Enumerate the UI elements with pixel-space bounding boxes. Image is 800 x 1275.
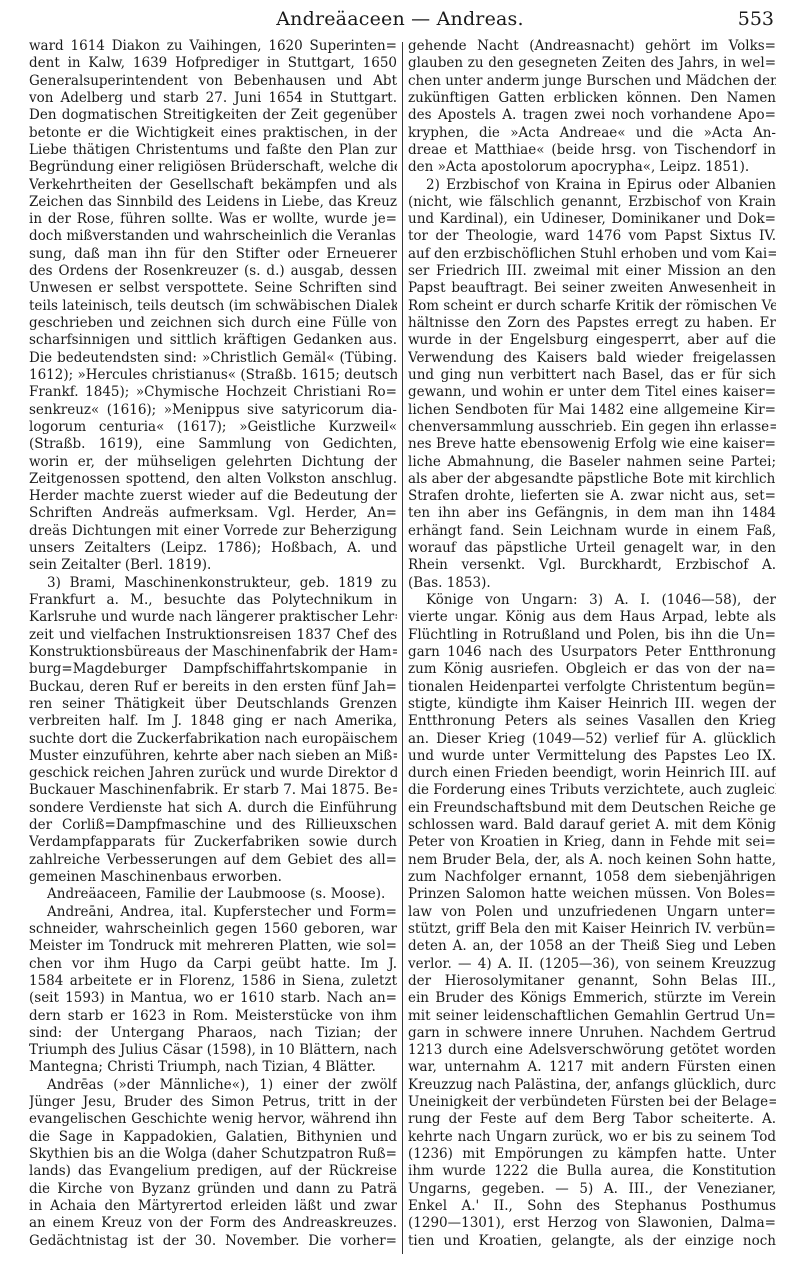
text-line: die Sage in Kappadokien, Galatien, Bithy… <box>29 1129 397 1146</box>
text-line: betonte er die Wichtigkeit eines praktis… <box>29 125 397 142</box>
text-line: lands) das Evangelium predigen, auf der … <box>29 1163 397 1180</box>
text-line: an. Dieser Krieg (1049—52) verlief für A… <box>408 731 776 748</box>
text-line: garn in schwere innere Unruhen. Nachdem … <box>408 1025 776 1042</box>
text-line: tien und Kroatien, gelangte, als der ein… <box>408 1233 776 1250</box>
text-line: senkreuz« (1616); »Menippus sive satyric… <box>29 402 397 419</box>
text-line: unsers Zeitalters (Leipz. 1786); Hoßbach… <box>29 540 397 557</box>
text-line: vierte ungar. König aus dem Haus Arpad, … <box>408 609 776 626</box>
text-line: durch einen Frieden beendigt, worin Hein… <box>408 765 776 782</box>
text-line: logorum centuria« (1617); »Geistliche Ku… <box>29 419 397 436</box>
text-line: Die bedeutendsten sind: »Christlich Gemä… <box>29 350 397 367</box>
text-line: war, unternahm A. 1217 mit andern Fürste… <box>408 1059 776 1076</box>
text-line: Zeichen das Sinnbild des Leidens in Lieb… <box>29 194 397 211</box>
text-line: stützt, griff Bela den mit Kaiser Heinri… <box>408 921 776 938</box>
text-line: und Kardinal), ein Udineser, Dominikaner… <box>408 211 776 228</box>
page-header: Andreäaceen — Andreas. 553 <box>0 4 800 34</box>
text-line: chenversammlung ausschrieb. Ein gegen ih… <box>408 419 776 436</box>
text-line: 1213 durch eine Adelsverschwörung getöte… <box>408 1042 776 1059</box>
text-line: garn 1046 nach des Usurpators Peter Entt… <box>408 644 776 661</box>
text-line: glauben zu den gesegneten Zeiten des Jah… <box>408 55 776 72</box>
left-column: ward 1614 Diakon zu Vaihingen, 1620 Supe… <box>29 38 397 1250</box>
text-line: hältnisse den Zorn des Papstes erregt zu… <box>408 315 776 332</box>
text-line: Andreāni, Andrea, ital. Kupferstecher un… <box>29 904 397 921</box>
text-line: erhängt fand. Sein Leichnam wurde in ein… <box>408 523 776 540</box>
text-line: die Kirche von Byzanz gründen und dann z… <box>29 1181 397 1198</box>
text-line: Papst beauftragt. Bei seiner zweiten Anw… <box>408 280 776 297</box>
text-line: nem Bruder Bela, der, als A. noch keinen… <box>408 852 776 869</box>
text-line: ihm wurde 1222 die Bulla aurea, die Kons… <box>408 1163 776 1180</box>
text-line: des Ordens der Rosenkreuzer (s. d.) ausg… <box>29 263 397 280</box>
text-line: Konstruktionsbüreaus der Maschinenfabrik… <box>29 644 397 661</box>
text-line: law von Polen und unzufriedenen Ungarn u… <box>408 904 776 921</box>
text-line: Kreuzzug nach Palästina, der, anfangs gl… <box>408 1077 776 1094</box>
text-line: dreae et Matthiae« (beide hrsg. von Tisc… <box>408 142 776 159</box>
text-line: Rom scheint er durch scharfe Kritik der … <box>408 298 776 315</box>
text-line: an einem Kreuz von der Form des Andreask… <box>29 1215 397 1232</box>
text-line: von Adelberg und starb 27. Juni 1654 in … <box>29 90 397 107</box>
text-line: zahlreiche Verbesserungen auf dem Gebiet… <box>29 852 397 869</box>
text-line: 1612); »Hercules christianus« (Straßb. 1… <box>29 367 397 384</box>
text-line: Verkehrtheiten der Gesellschaft bekämpfe… <box>29 177 397 194</box>
text-line: gemeinen Maschinenbaus erworben. <box>29 869 397 886</box>
text-line: 1584 arbeitete er in Florenz, 1586 in Si… <box>29 973 397 990</box>
text-line: den »Acta apostolorum apocrypha«, Leipz.… <box>408 159 776 176</box>
text-line: Unwesen er selbst verspottete. Seine Sch… <box>29 280 397 297</box>
text-line: Buckau, deren Ruf er bereits in den erst… <box>29 679 397 696</box>
text-line: evangelischen Geschichte wenig hervor, w… <box>29 1111 397 1128</box>
text-line: Ungarns, gegeben. — 5) A. III., der Vene… <box>408 1181 776 1198</box>
text-line: der Corliß=Dampfmaschine und des Rillieu… <box>29 817 397 834</box>
text-line: (Straßb. 1619), eine Sammlung von Gedich… <box>29 436 397 453</box>
text-line: ren seiner Thätigkeit über Deutschlands … <box>29 696 397 713</box>
text-line: Liebe thätigen Christentums und faßte de… <box>29 142 397 159</box>
text-line: die Forderung eines Tributs verzichtete,… <box>408 782 776 799</box>
text-line: scharfsinnigen und sittlich kräftigen Ge… <box>29 332 397 349</box>
text-line: kehrte nach Ungarn zurück, wo er bis zu … <box>408 1129 776 1146</box>
text-line: Karlsruhe und wurde nach längerer prakti… <box>29 609 397 626</box>
text-line: liche Abmahnung, die Baseler nahmen sein… <box>408 454 776 471</box>
text-line: worin er, der mühseligen gelehrten Dicht… <box>29 454 397 471</box>
text-line: nes Breve hatte ebensowenig Erfolg wie e… <box>408 436 776 453</box>
text-line: gewann, und wohin er unter dem Titel ein… <box>408 384 776 401</box>
text-line: als aber der abgesandte päpstliche Bote … <box>408 471 776 488</box>
text-line: Gedächtnistag ist der 30. November. Die … <box>29 1233 397 1250</box>
text-line: auf den erzbischöflichen Stuhl erhoben u… <box>408 246 776 263</box>
text-line: teils lateinisch, teils deutsch (im schw… <box>29 298 397 315</box>
text-line: verbreiten half. Im J. 1848 ging er nach… <box>29 713 397 730</box>
text-line: (nicht, wie fälschlich genannt, Erzbisch… <box>408 194 776 211</box>
text-line: Andreäaceen, Familie der Laubmoose (s. M… <box>29 886 397 903</box>
text-line: geschick reichen Jahren zurück und wurde… <box>29 765 397 782</box>
text-line: in Achaia den Märtyrertod erleiden läßt … <box>29 1198 397 1215</box>
column-divider <box>402 42 403 1254</box>
text-line: der Hierosolymitaner genannt, Sohn Belas… <box>408 973 776 990</box>
text-line: Meister im Tondruck mit mehreren Platten… <box>29 938 397 955</box>
text-line: Zeitgenossen spottend, den alten Volksto… <box>29 471 397 488</box>
text-line: 3) Brami, Maschinenkonstrukteur, geb. 18… <box>29 575 397 592</box>
text-line: Schriften Andreäs aufmerksam. Vgl. Herde… <box>29 505 397 522</box>
text-line: zum Nachfolger ernannt, 1058 dem siebenj… <box>408 869 776 886</box>
text-line: verlor. — 4) A. II. (1205—36), von seine… <box>408 956 776 973</box>
text-line: schlossen ward. Bald darauf geriet A. mi… <box>408 817 776 834</box>
text-line: wurde in der Engelsburg eingesperrt, abe… <box>408 332 776 349</box>
text-line: Rhein versenkt. Vgl. Burckhardt, Erzbisc… <box>408 557 776 574</box>
text-line: Verwendung des Kaisers bald wieder freig… <box>408 350 776 367</box>
text-line: burg=Magdeburger Dampfschiffahrtskompani… <box>29 661 397 678</box>
text-line: dent in Kalw, 1639 Hofprediger in Stuttg… <box>29 55 397 72</box>
text-line: chen unter anderm junge Burschen und Mäd… <box>408 73 776 90</box>
text-line: Andrēas (»der Männliche«), 1) einer der … <box>29 1077 397 1094</box>
text-line: (1290—1301), erst Herzog von Slawonien, … <box>408 1215 776 1232</box>
text-line: (1236) mit Empörungen zu kämpfen hatte. … <box>408 1146 776 1163</box>
text-line: rung der Feste auf dem Berg Tabor scheit… <box>408 1111 776 1128</box>
text-line: dern starb er 1623 in Rom. Meisterstücke… <box>29 1008 397 1025</box>
text-line: Frankfurt a. M., besuchte das Polytechni… <box>29 592 397 609</box>
text-line: mit seiner leidenschaftlichen Gemahlin G… <box>408 1008 776 1025</box>
text-line: Flüchtling in Rotrußland und Polen, bis … <box>408 627 776 644</box>
text-line: Enkel A.' II., Sohn des Stephanus Posthu… <box>408 1198 776 1215</box>
text-line: ten ihn aber ins Gefängnis, in dem man i… <box>408 505 776 522</box>
text-line: schneider, wahrscheinlich gegen 1560 geb… <box>29 921 397 938</box>
text-line: zum König ausriefen. Obgleich er das von… <box>408 661 776 678</box>
text-line: Jünger Jesu, Bruder des Simon Petrus, tr… <box>29 1094 397 1111</box>
text-line: tor der Theologie, ward 1476 vom Papst S… <box>408 228 776 245</box>
text-line: ser Friedrich III. zweimal mit einer Mis… <box>408 263 776 280</box>
text-line: Begründung einer religiösen Brüderschaft… <box>29 159 397 176</box>
text-line: ein Freundschaftsbund mit dem Deutschen … <box>408 800 776 817</box>
text-line: worauf das päpstliche Urteil genagelt wa… <box>408 540 776 557</box>
text-line: kryphen, die »Acta Andreae« und die »Act… <box>408 125 776 142</box>
page-number: 553 <box>738 8 774 30</box>
right-column: gehende Nacht (Andreasnacht) gehört im V… <box>408 38 776 1250</box>
text-line: des Apostels A. tragen zwei noch vorhand… <box>408 107 776 124</box>
text-line: Triumph des Julius Cäsar (1598), in 10 B… <box>29 1042 397 1059</box>
text-line: doch mißverstanden und wahrscheinlich di… <box>29 228 397 245</box>
text-line: deten A. an, der 1058 an der Theiß Sieg … <box>408 938 776 955</box>
text-line: sein Zeitalter (Berl. 1819). <box>29 557 397 574</box>
text-line: Prinzen Salomon hatte weichen müssen. Vo… <box>408 886 776 903</box>
text-line: Entthronung Peters als seines Vasallen d… <box>408 713 776 730</box>
text-line: Buckauer Maschinenfabrik. Er starb 7. Ma… <box>29 782 397 799</box>
text-line: sondere Verdienste hat sich A. durch die… <box>29 800 397 817</box>
text-line: Generalsuperintendent von Bebenhausen un… <box>29 73 397 90</box>
text-line: dreäs Dichtungen mit einer Vorrede zur B… <box>29 523 397 540</box>
text-line: Uneinigkeit der verbündeten Fürsten bei … <box>408 1094 776 1111</box>
text-line: chen vor ihm Hugo da Carpi geübt hatte. … <box>29 956 397 973</box>
text-line: Könige von Ungarn: 3) A. I. (1046—58), d… <box>408 592 776 609</box>
text-line: suchte dort die Zuckerfabrikation nach e… <box>29 731 397 748</box>
text-line: gehende Nacht (Andreasnacht) gehört im V… <box>408 38 776 55</box>
text-line: lichen Sendboten für Mai 1482 eine allge… <box>408 402 776 419</box>
text-line: zeit und vielfachen Instruktionsreisen 1… <box>29 627 397 644</box>
text-line: sung, daß man ihn für den Stifter oder E… <box>29 246 397 263</box>
text-line: und wurde unter Vermittelung des Papstes… <box>408 748 776 765</box>
text-line: Strafen drohte, lieferten sie A. zwar ni… <box>408 488 776 505</box>
text-line: stigte, kündigte ihm Kaiser Heinrich III… <box>408 696 776 713</box>
text-line: tionalen Heidenpartei verfolgte Christen… <box>408 679 776 696</box>
text-line: 2) Erzbischof von Kraina in Epirus oder … <box>408 177 776 194</box>
text-line: ein Bruder des Königs Emmerich, stürzte … <box>408 990 776 1007</box>
text-line: Peter von Kroatien in Krieg, dann in Feh… <box>408 834 776 851</box>
text-line: (seit 1593) in Mantua, wo er 1610 starb.… <box>29 990 397 1007</box>
text-line: Herder machte zuerst wieder auf die Bede… <box>29 488 397 505</box>
text-line: ward 1614 Diakon zu Vaihingen, 1620 Supe… <box>29 38 397 55</box>
text-line: in der Rose, führen sollte. Was er wollt… <box>29 211 397 228</box>
text-line: und ging nun verbittert nach Basel, das … <box>408 367 776 384</box>
text-line: (Bas. 1853). <box>408 575 776 592</box>
text-line: Mantegna; Christi Triumph, nach Tizian, … <box>29 1059 397 1076</box>
text-line: geschrieben und zeichnen sich durch eine… <box>29 315 397 332</box>
text-line: zukünftigen Gatten erblicken können. Den… <box>408 90 776 107</box>
running-title: Andreäaceen — Andreas. <box>0 8 800 30</box>
text-line: sind: der Untergang Pharaos, nach Tizian… <box>29 1025 397 1042</box>
text-line: Den dogmatischen Streitigkeiten der Zeit… <box>29 107 397 124</box>
text-line: Frankf. 1845); »Chymische Hochzeit Chris… <box>29 384 397 401</box>
text-line: Verdampfapparats für Zuckerfabriken sowi… <box>29 834 397 851</box>
text-line: Muster einzuführen, kehrte aber nach sie… <box>29 748 397 765</box>
text-line: Skythien bis an die Wolga (daher Schutzp… <box>29 1146 397 1163</box>
